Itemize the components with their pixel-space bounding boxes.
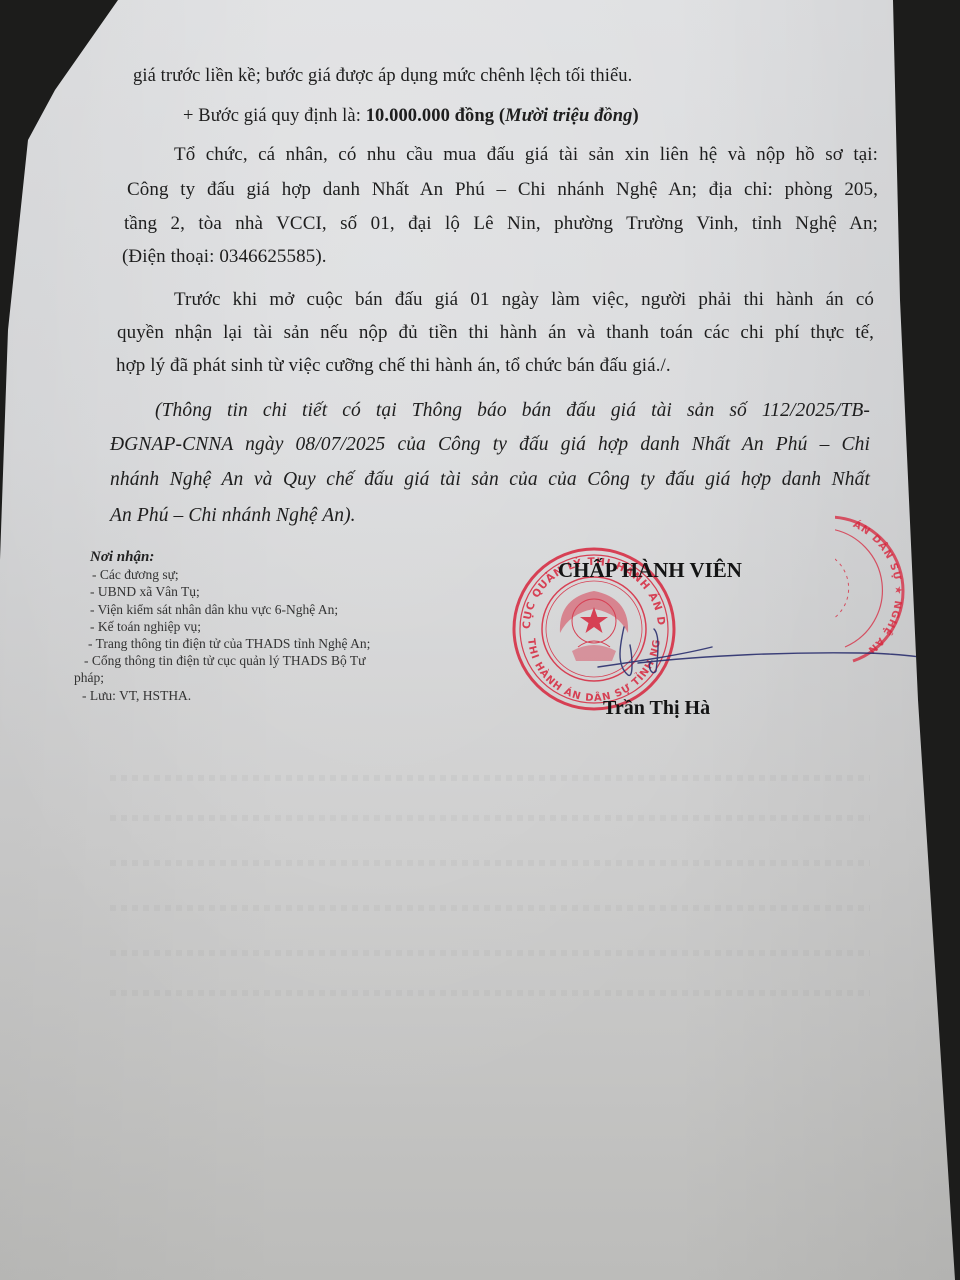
recipient-item: - Trang thông tin điện tử của THADS tỉnh… (88, 635, 418, 652)
recipient-item: - UBND xã Vân Tụ; (90, 583, 418, 600)
signatory-title: CHẤP HÀNH VIÊN (558, 558, 742, 583)
text-line-price-step-note: giá trước liền kề; bước giá được áp dụng… (133, 66, 632, 87)
recipient-item: - Lưu: VT, HSTHA. (82, 687, 418, 704)
document-page: giá trước liền kề; bước giá được áp dụng… (0, 0, 960, 1280)
paragraph-redemption-line-1: Trước khi mở cuộc bán đấu giá 01 ngày là… (174, 289, 874, 311)
paragraph-contact-line-3: tầng 2, tòa nhà VCCI, số 01, đại lộ Lê N… (124, 213, 878, 235)
recipients-block: Nơi nhận: - Các đương sự; - UBND xã Vân … (78, 549, 418, 704)
recipient-item: - Kế toán nghiệp vụ; (90, 618, 418, 635)
recipient-item: - Viện kiểm sát nhân dân khu vực 6-Nghệ … (90, 601, 418, 618)
recipient-item: pháp; (74, 669, 418, 686)
paragraph-contact-line-1: Tổ chức, cá nhân, có nhu cầu mua đấu giá… (174, 144, 878, 166)
paragraph-reference-line-4: An Phú – Chi nhánh Nghệ An). (110, 505, 356, 527)
paragraph-reference-line-2: ĐGNAP-CNNA ngày 08/07/2025 của Công ty đ… (110, 434, 870, 456)
paragraph-reference-line-1: (Thông tin chi tiết có tại Thông báo bán… (155, 400, 870, 422)
bleed-through (110, 775, 870, 781)
price-step-label: + Bước giá quy định là: (183, 106, 366, 126)
recipient-item: - Các đương sự; (92, 566, 418, 583)
recipients-title: Nơi nhận: (90, 549, 418, 566)
bleed-through (110, 815, 870, 821)
paragraph-redemption-line-3: hợp lý đã phát sinh từ việc cưỡng chế th… (116, 355, 671, 377)
bleed-through (110, 990, 870, 996)
bleed-through (110, 905, 870, 911)
paragraph-contact-line-2: Công ty đấu giá hợp danh Nhất An Phú – C… (127, 179, 878, 201)
text-line-price-step: + Bước giá quy định là: 10.000.000 đồng … (183, 106, 639, 127)
recipient-item: - Cổng thông tin điện tử cục quản lý THA… (84, 652, 418, 669)
bleed-through (110, 950, 870, 956)
paragraph-reference-line-3: nhánh Nghệ An và Quy chế đấu giá tài sản… (110, 469, 870, 491)
handwritten-signature (560, 625, 920, 685)
paragraph-redemption-line-2: quyền nhận lại tài sản nếu nộp đủ tiền t… (117, 322, 874, 344)
signatory-name: Trần Thị Hà (603, 697, 710, 720)
bleed-through (110, 860, 870, 866)
svg-text:CỤC QUẢN LÝ THI HÀNH ÁN DÂN SỰ: CỤC QUẢN LÝ THI HÀNH ÁN DÂN SỰ (508, 543, 667, 629)
price-step-amount: 10.000.000 đồng (366, 106, 494, 126)
price-step-amount-words: Mười triệu đồng (505, 106, 632, 126)
paragraph-contact-phone: (Điện thoại: 0346625585). (122, 246, 327, 268)
